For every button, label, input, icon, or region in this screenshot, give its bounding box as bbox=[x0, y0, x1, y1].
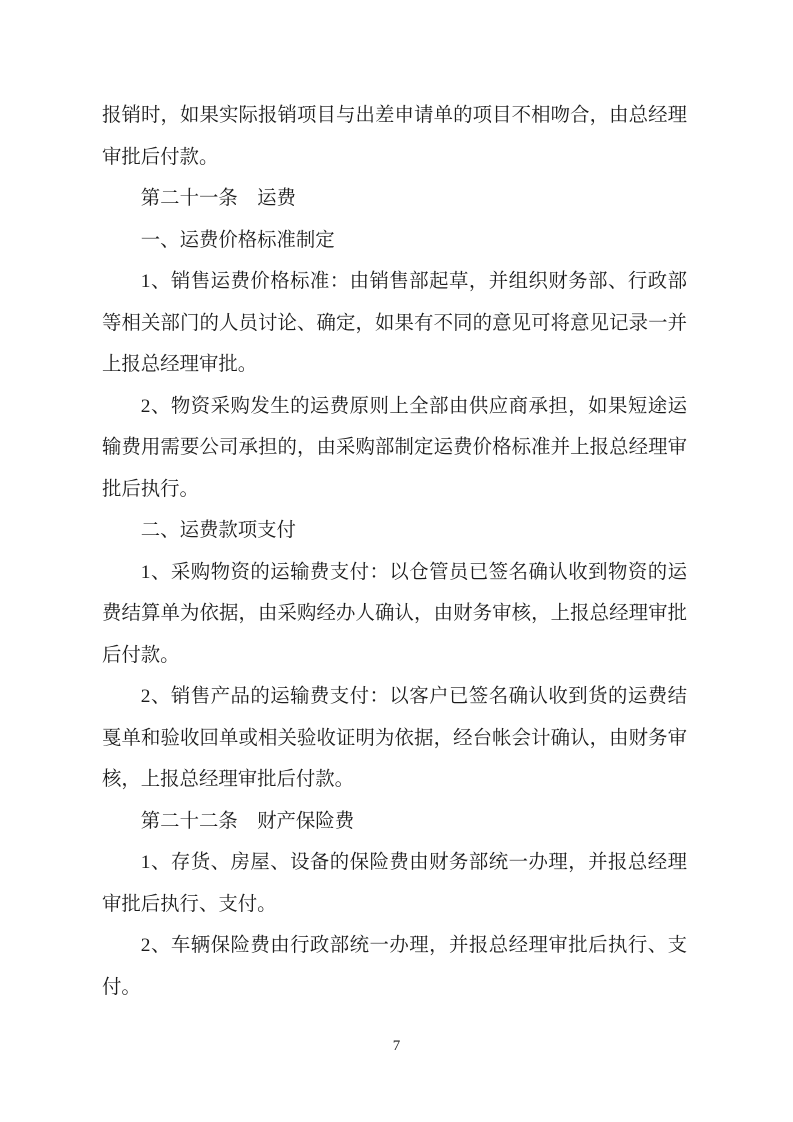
doc-line: 1、存货、房屋、设备的保险费由财务部统一办理，并报总经理 bbox=[102, 842, 687, 884]
doc-line: 后付款。 bbox=[102, 635, 687, 677]
document-page: 报销时，如果实际报销项目与出差申请单的项目不相吻合，由总经理 审批后付款。 第二… bbox=[0, 0, 793, 1122]
doc-line: 批后执行。 bbox=[102, 469, 687, 511]
subsection-heading-line: 二、运费款项支付 bbox=[102, 510, 687, 552]
subsection-heading-line: 一、运费价格标准制定 bbox=[102, 220, 687, 262]
doc-line: 2、销售产品的运输费支付：以客户已签名确认收到货的运费结 bbox=[102, 676, 687, 718]
doc-line: 核，上报总经理审批后付款。 bbox=[102, 759, 687, 801]
doc-line: 2、物资采购发生的运费原则上全部由供应商承担，如果短途运 bbox=[102, 386, 687, 428]
section-heading-line: 第二十一条 运费 bbox=[102, 178, 687, 220]
doc-line: 1、销售运费价格标准：由销售部起草，并组织财务部、行政部 bbox=[102, 261, 687, 303]
doc-line: 戛单和验收回单或相关验收证明为依据，经台帐会计确认，由财务审 bbox=[102, 718, 687, 760]
doc-line: 付。 bbox=[102, 967, 687, 1009]
page-number: 7 bbox=[0, 1035, 793, 1057]
doc-line: 等相关部门的人员讨论、确定，如果有不同的意见可将意见记录一并 bbox=[102, 303, 687, 345]
document-text-block: 报销时，如果实际报销项目与出差申请单的项目不相吻合，由总经理 审批后付款。 第二… bbox=[102, 95, 687, 1008]
doc-line: 1、采购物资的运输费支付：以仓管员已签名确认收到物资的运 bbox=[102, 552, 687, 594]
doc-line: 输费用需要公司承担的，由采购部制定运费价格标准并上报总经理审 bbox=[102, 427, 687, 469]
doc-line: 审批后付款。 bbox=[102, 137, 687, 179]
doc-line: 审批后执行、支付。 bbox=[102, 884, 687, 926]
doc-line: 报销时，如果实际报销项目与出差申请单的项目不相吻合，由总经理 bbox=[102, 95, 687, 137]
section-heading-line: 第二十二条 财产保险费 bbox=[102, 801, 687, 843]
doc-line: 上报总经理审批。 bbox=[102, 344, 687, 386]
doc-line: 2、车辆保险费由行政部统一办理，并报总经理审批后执行、支 bbox=[102, 925, 687, 967]
doc-line: 费结算单为依据，由采购经办人确认，由财务审核，上报总经理审批 bbox=[102, 593, 687, 635]
